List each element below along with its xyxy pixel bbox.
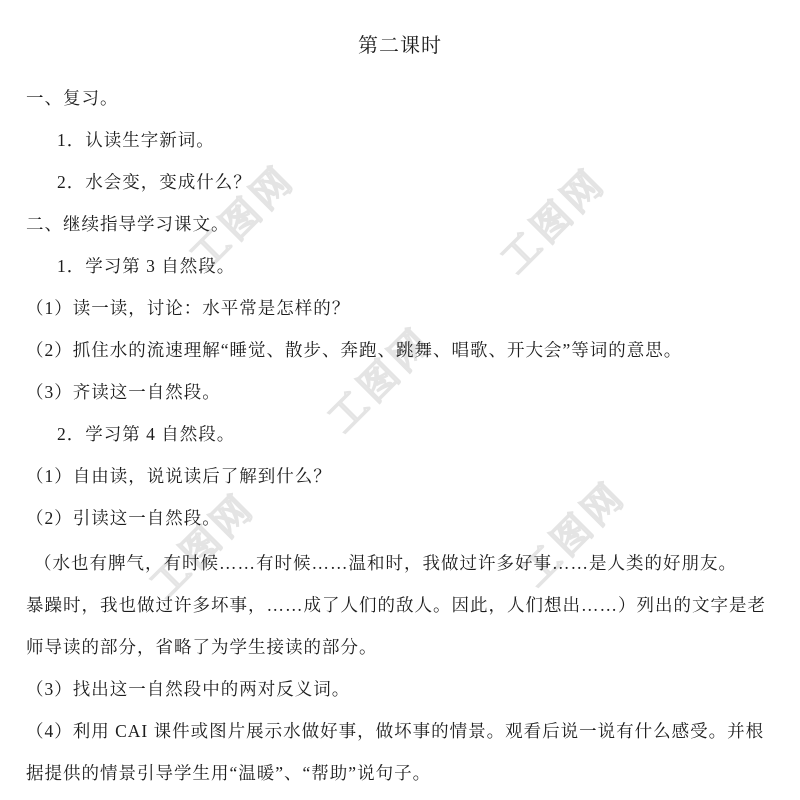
text-line: （2）抓住水的流速理解“睡觉、散步、奔跑、跳舞、唱歌、开大会”等词的意思。	[0, 329, 800, 371]
text-line: 1．认读生字新词。	[0, 119, 800, 161]
text-line: 1．学习第 3 自然段。	[0, 245, 800, 287]
page-title: 第二课时	[0, 36, 800, 56]
text-line: 据提供的情景引导学生用“温暖”、“帮助”说句子。	[0, 752, 800, 794]
text-line: 暴躁时，我也做过许多坏事，……成了人们的敌人。因此，人们想出……）列出的文字是老	[0, 584, 800, 626]
text-line: 二、继续指导学习课文。	[0, 203, 800, 245]
text-line: 2．学习第 4 自然段。	[0, 413, 800, 455]
document-page: 工图网 工图网 工图网 工图网 工图网 第二课时 一、复习。1．认读生字新词。2…	[0, 0, 800, 800]
text-line: （水也有脾气，有时候……有时候……温和时，我做过许多好事……是人类的好朋友。	[0, 542, 800, 584]
text-line: （2）引读这一自然段。	[0, 497, 800, 539]
text-lines: 一、复习。1．认读生字新词。2．水会变，变成什么？二、继续指导学习课文。1．学习…	[0, 77, 800, 794]
text-line: 师导读的部分，省略了为学生接读的部分。	[0, 626, 800, 668]
text-line: （1）自由读，说说读后了解到什么？	[0, 455, 800, 497]
text-line: （3）找出这一自然段中的两对反义词。	[0, 668, 800, 710]
text-line: （1）读一读，讨论：水平常是怎样的？	[0, 287, 800, 329]
text-line: （3）齐读这一自然段。	[0, 371, 800, 413]
document-content: 第二课时 一、复习。1．认读生字新词。2．水会变，变成什么？二、继续指导学习课文…	[0, 0, 800, 800]
text-line: 2．水会变，变成什么？	[0, 161, 800, 203]
text-line: （4）利用 CAI 课件或图片展示水做好事，做坏事的情景。观看后说一说有什么感受…	[0, 710, 800, 752]
text-line: 一、复习。	[0, 77, 800, 119]
